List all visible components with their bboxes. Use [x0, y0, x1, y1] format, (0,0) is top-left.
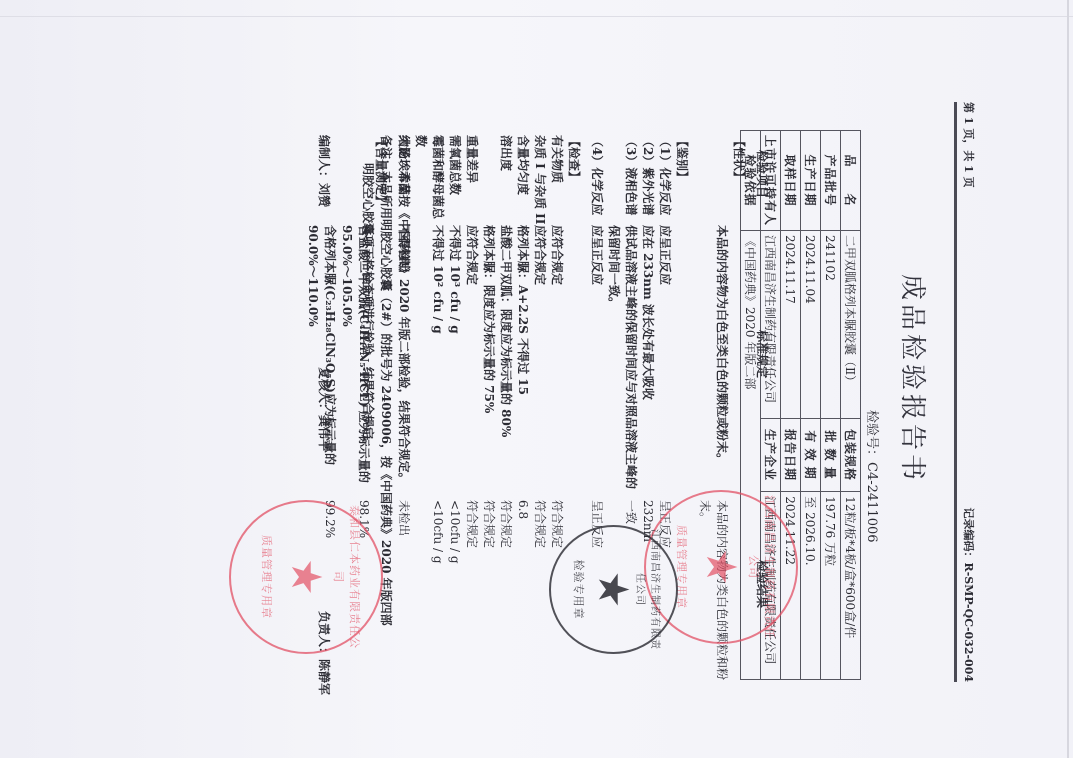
info-label: 品 名	[841, 131, 861, 231]
standard-spec: 应符合规定	[463, 225, 480, 490]
test-item: 含量均匀度	[514, 135, 531, 225]
test-result: 符合规定	[463, 490, 480, 695]
test-item: （3）液相色谱	[605, 135, 639, 225]
info-label: 有 效 期	[801, 418, 821, 492]
test-item: 霉菌和酵母菌总数	[412, 135, 446, 225]
standard-spec: 应呈正反应	[588, 225, 605, 490]
inspection-seal: ★ 江西南昌济生制药有限责任公司 检验专用章	[549, 525, 678, 654]
standard-spec: 应符合规定	[531, 225, 548, 490]
result-row: 格列本脲：限度应为标示量的 75%符合规定	[480, 135, 497, 695]
info-label: 批 数 量	[821, 418, 841, 492]
test-result: 符合规定	[497, 490, 514, 695]
info-row: 品 名二甲双胍格列本脲胶囊（Ⅱ）包装规格12粒/板*4板/盒*600盒/件	[841, 131, 861, 680]
test-item: （1）化学反应	[656, 135, 673, 225]
inspection-seal-company: 江西南昌济生制药有限责任公司	[634, 527, 664, 652]
column-header-standard: 标准规定	[754, 330, 771, 378]
standard-spec: 不得过 10² cfu / g	[412, 225, 446, 490]
test-item: 重量差异	[463, 135, 480, 225]
qa-seal-label: 质量管理专用章	[674, 492, 690, 642]
reviewer-signature: 复核人：龚伟平	[316, 367, 333, 451]
test-item: 杂质 I 与杂质 II	[531, 135, 548, 225]
info-row: 产品批号241102批 数 量197.76 万粒	[821, 131, 841, 680]
info-value: 197.76 万粒	[821, 492, 841, 680]
test-result: <10cfu / g	[446, 490, 463, 695]
info-value: 二甲双胍格列本脲胶囊（Ⅱ）	[841, 231, 861, 419]
test-result: 6.8	[514, 490, 531, 695]
qa-seal-company: 江西南昌济生制药有限责任公司	[746, 492, 778, 642]
test-item	[480, 135, 497, 225]
page-number: 第 1 页，共 1 页	[961, 102, 977, 188]
record-number: 记录编码：R-SMP-QC-032-004	[961, 508, 977, 682]
info-value: 至 2026.10.	[801, 492, 821, 680]
editor-signature: 编制人：刘赞	[316, 135, 333, 207]
conclusion: 结论：本品按《中国药典》2020 年版二部检验，结果符合规定。	[395, 135, 413, 695]
inspection-seal-label: 检验专用章	[571, 527, 587, 652]
result-row: 霉菌和酵母菌总数不得过 10² cfu / g<10cfu / g	[412, 135, 446, 695]
receiver-seal-company: 泰和县仁本药业有限责任公司	[331, 502, 363, 652]
info-value: 241102	[821, 231, 841, 419]
info-value: 江西南昌济生制药有限责任公司	[761, 231, 781, 419]
test-item: （4）化学反应	[588, 135, 605, 225]
info-value: 2024.11.17	[781, 231, 801, 419]
star-icon: ★	[285, 558, 327, 596]
standard-spec: 格列本脲：A+2.2S 不得过 15	[514, 225, 531, 490]
info-value: 12粒/板*4板/盒*600盒/件	[841, 492, 861, 680]
info-label: 生产日期	[801, 131, 821, 231]
report-number: 检验号：C4-2411006	[864, 410, 883, 543]
test-item: 有关物质	[548, 135, 565, 225]
test-result: <10cfu / g	[412, 490, 446, 695]
info-row: 生产日期2024.11.04有 效 期至 2026.10.	[801, 131, 821, 680]
column-header-item: 检验项目	[754, 150, 771, 198]
remark: 备注：本品所用明胶空心胶囊（2#）的批号为 2409006，按《中国药典》202…	[377, 135, 395, 695]
test-item: 需氧菌总数	[446, 135, 463, 225]
test-result: 符合规定	[480, 490, 497, 695]
standard-spec: 不得过 10³ cfu / g	[446, 225, 463, 490]
header-rule	[954, 102, 957, 682]
standard-spec: 供试品溶液主峰的保留时间应与对照品溶液主峰的保留时间一致。	[605, 225, 639, 490]
test-item: 溶出度	[497, 135, 514, 225]
inspection-report-page: 第 1 页，共 1 页 记录编码：R-SMP-QC-032-004 成品检验报告…	[0, 0, 1073, 758]
info-value: 2024.11.04	[801, 231, 821, 419]
standard-spec: 应符合规定	[548, 225, 565, 490]
star-icon: ★	[593, 571, 635, 609]
star-icon: ★	[700, 548, 742, 586]
info-label: 包装规格	[841, 418, 861, 492]
standard-spec: 本品的内容物为白色至类白色的颗粒或粉末。	[696, 225, 730, 490]
standard-spec: 应在 233nm 波长处有最大吸收	[639, 225, 656, 490]
standard-spec: 应呈正反应	[656, 225, 673, 490]
receiver-seal: ★ 泰和县仁本药业有限责任公司 质量管理专用章	[229, 500, 383, 654]
info-label: 取样日期	[781, 131, 801, 231]
result-row: 杂质 I 与杂质 II应符合规定符合规定	[531, 135, 548, 695]
result-row: 含量均匀度格列本脲：A+2.2S 不得过 156.8	[514, 135, 531, 695]
info-label: 产品批号	[821, 131, 841, 231]
test-item	[696, 135, 730, 225]
standard-spec: 盐酸二甲双胍：限度应为标示量的 80%	[497, 225, 514, 490]
result-row: 重量差异应符合规定符合规定	[463, 135, 480, 695]
receiver-seal-label: 质量管理专用章	[259, 502, 275, 652]
result-row: 需氧菌总数不得过 10³ cfu / g<10cfu / g	[446, 135, 463, 695]
result-row: 溶出度盐酸二甲双胍：限度应为标示量的 80%符合规定	[497, 135, 514, 695]
info-label: 报告日期	[781, 418, 801, 492]
page-header: 第 1 页，共 1 页 记录编码：R-SMP-QC-032-004	[953, 102, 983, 682]
standard-spec: 格列本脲：限度应为标示量的 75%	[480, 225, 497, 490]
test-result: 符合规定	[531, 490, 548, 695]
test-item: （2）紫外光谱	[639, 135, 656, 225]
info-label: 生产企业	[761, 418, 781, 492]
report-title: 成品检验报告书	[896, 0, 933, 758]
